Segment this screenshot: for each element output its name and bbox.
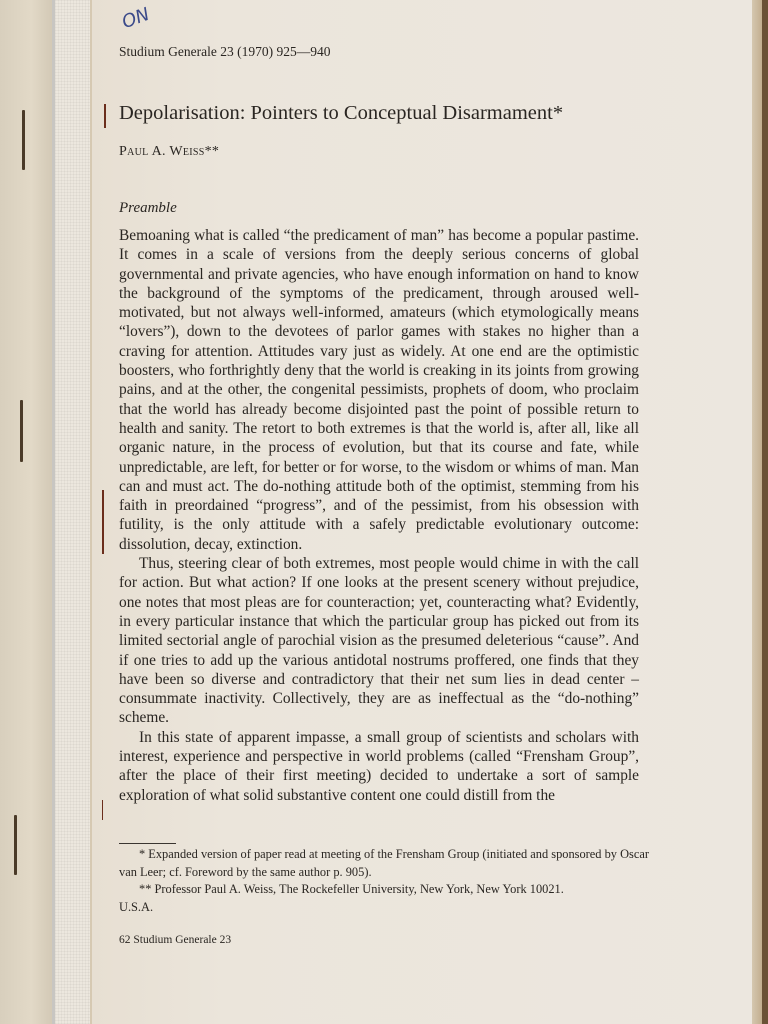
footnote-rule bbox=[119, 843, 176, 844]
footnotes: * Expanded version of paper read at meet… bbox=[119, 846, 649, 916]
paragraph: In this state of apparent impasse, a sma… bbox=[119, 728, 639, 805]
staple bbox=[22, 110, 25, 170]
margin-mark bbox=[104, 104, 106, 128]
journal-reference: Studium Generale 23 (1970) 925—940 bbox=[119, 44, 330, 60]
paragraph: Thus, steering clear of both extremes, m… bbox=[119, 554, 639, 728]
body-text: Bemoaning what is called “the predicamen… bbox=[119, 226, 639, 805]
handwritten-annotation: ON bbox=[119, 4, 152, 33]
footnote: * Expanded version of paper read at meet… bbox=[119, 846, 649, 881]
margin-mark bbox=[102, 800, 103, 820]
page-footer: 62 Studium Generale 23 bbox=[119, 934, 231, 946]
staple bbox=[14, 815, 17, 875]
article-author: Paul A. Weiss** bbox=[119, 144, 219, 160]
margin-mark bbox=[102, 490, 104, 554]
footnote: ** Professor Paul A. Weiss, The Rockefel… bbox=[119, 881, 649, 899]
staple bbox=[20, 400, 23, 462]
section-heading: Preamble bbox=[119, 200, 177, 217]
footnote: U.S.A. bbox=[119, 899, 649, 917]
document-page: ON Studium Generale 23 (1970) 925—940 De… bbox=[90, 0, 752, 1024]
article-title: Depolarisation: Pointers to Conceptual D… bbox=[119, 102, 563, 125]
binding-tape bbox=[52, 0, 93, 1024]
paragraph: Bemoaning what is called “the predicamen… bbox=[119, 226, 639, 554]
cover-strip bbox=[0, 0, 52, 1024]
